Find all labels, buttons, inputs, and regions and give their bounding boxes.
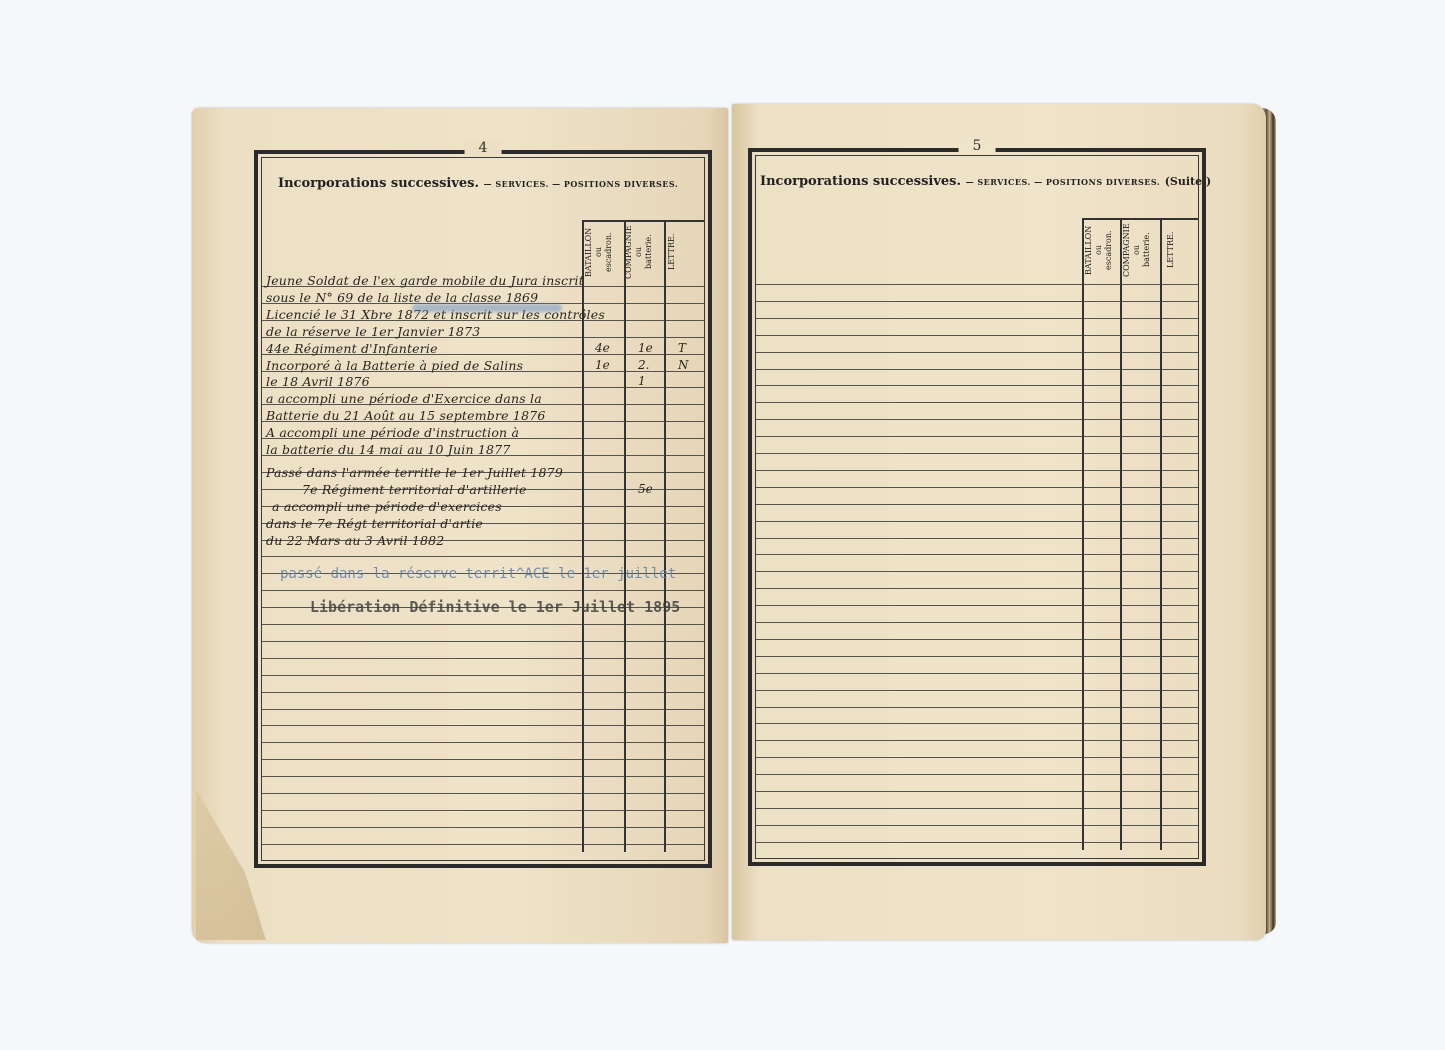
row-rule	[756, 774, 1198, 775]
row-rule	[756, 402, 1198, 403]
row-rule	[756, 639, 1198, 640]
stamp-liberation-definitive: Libération Définitive le 1er Juillet 189…	[310, 598, 680, 616]
row-rule	[756, 385, 1198, 386]
cell-compagnie: 2.	[638, 358, 649, 372]
cell-bataillon: 4e	[595, 341, 610, 355]
suite-label: (Suite.)	[1165, 175, 1211, 188]
entry-text: Passé dans l'armée territle le 1er Juill…	[266, 465, 563, 480]
row-rule	[756, 791, 1198, 792]
row-rule	[262, 793, 704, 794]
entry-text: Incorporé à la Batterie à pied de Salins	[266, 358, 523, 373]
row-rule	[756, 284, 1198, 285]
row-rule	[756, 369, 1198, 370]
row-rule	[262, 759, 704, 760]
row-rule	[262, 776, 704, 777]
row-rule	[756, 352, 1198, 353]
column-rule	[664, 220, 666, 852]
entry-text: sous le N° 69 de la liste de la classe 1…	[266, 290, 538, 305]
entry-text: Jeune Soldat de l'ex garde mobile du Jur…	[266, 273, 584, 288]
entry-text: la batterie du 14 mai au 10 Juin 1877	[266, 442, 511, 457]
blue-pencil-mark	[412, 304, 562, 312]
cell-lettre: N	[678, 358, 689, 372]
entry-text: a accompli une période d'exercices	[272, 499, 502, 514]
cell-lettre: T	[678, 341, 686, 355]
col-header-compagnie: COMPAGNIEoubatterie.	[1122, 222, 1158, 278]
cell-compagnie: 5e	[638, 482, 653, 496]
entry-text: 44e Régiment d'Infanterie	[266, 341, 438, 356]
row-rule	[756, 825, 1198, 826]
row-rule	[756, 588, 1198, 589]
page-number: 5	[959, 138, 996, 154]
column-rule	[1160, 218, 1162, 850]
row-rule	[756, 521, 1198, 522]
row-rule	[262, 709, 704, 710]
page-title: Incorporations successives. — SERVICES. …	[278, 176, 678, 191]
entry-text: dans le 7e Régt territorial d'artie	[266, 516, 483, 531]
col-header-bataillon: BATAILLONouescadron.	[584, 224, 620, 280]
row-rule	[756, 842, 1198, 843]
cell-compagnie: 1e	[638, 341, 653, 355]
row-rule	[756, 504, 1198, 505]
row-rule	[756, 554, 1198, 555]
row-rule	[756, 723, 1198, 724]
entry-text: de la réserve le 1er Janvier 1873	[266, 324, 480, 339]
row-rule	[756, 419, 1198, 420]
stamp-reserve-territoriale: passé dans la réserve territ^ACE le 1er …	[280, 566, 676, 582]
row-rule	[756, 538, 1198, 539]
col-header-compagnie: COMPAGNIEoubatterie.	[624, 224, 660, 280]
entry-text: a accompli une période d'Exercice dans l…	[266, 391, 542, 406]
service-table: BATAILLONouescadron. COMPAGNIEoubatterie…	[262, 220, 704, 860]
cell-bataillon: 1e	[595, 358, 610, 372]
cell-compagnie: 1	[638, 374, 646, 388]
row-rule	[756, 605, 1198, 606]
row-rule	[756, 808, 1198, 809]
entry-text: le 18 Avril 1876	[266, 374, 370, 389]
row-rule	[756, 571, 1198, 572]
row-rule	[262, 641, 704, 642]
row-rule	[262, 556, 704, 557]
entry-text: du 22 Mars au 3 Avril 1882	[266, 533, 444, 548]
col-header-lettre: LETTRE.	[667, 224, 697, 280]
row-rule	[756, 656, 1198, 657]
row-rule	[756, 740, 1198, 741]
row-rule	[262, 658, 704, 659]
row-rule	[756, 318, 1198, 319]
entry-text: 7e Régiment territorial d'artillerie	[302, 482, 527, 497]
page-title: Incorporations successives. — SERVICES. …	[760, 174, 1211, 189]
left-page-frame: 4 Incorporations successives. — SERVICES…	[254, 150, 712, 868]
row-rule	[262, 624, 704, 625]
row-rule	[262, 742, 704, 743]
row-rule	[756, 487, 1198, 488]
row-rule	[756, 470, 1198, 471]
row-rule	[262, 810, 704, 811]
row-rule	[756, 757, 1198, 758]
entry-text: Batterie du 21 Août au 15 septembre 1876	[266, 408, 546, 423]
header-rule	[1082, 218, 1198, 220]
row-rule	[756, 673, 1198, 674]
row-rule	[756, 436, 1198, 437]
header-rule	[582, 220, 704, 222]
row-rule	[756, 707, 1198, 708]
right-page-frame: 5 Incorporations successives. — SERVICES…	[748, 148, 1206, 866]
row-rule	[756, 335, 1198, 336]
right-page: 5 Incorporations successives. — SERVICES…	[732, 104, 1266, 940]
column-rule	[1120, 218, 1122, 850]
row-rule	[262, 844, 704, 845]
row-rule	[262, 675, 704, 676]
row-rule	[262, 725, 704, 726]
row-rule	[756, 690, 1198, 691]
row-rule	[756, 301, 1198, 302]
row-rule	[262, 692, 704, 693]
col-header-bataillon: BATAILLONouescadron.	[1084, 222, 1120, 278]
page-subtitle: — SERVICES. — POSITIONS DIVERSES.	[484, 179, 679, 189]
row-rule	[756, 453, 1198, 454]
entry-text: A accompli une période d'instruction à	[266, 425, 519, 440]
row-rule	[262, 590, 704, 591]
column-rule	[1082, 218, 1084, 850]
left-page: 4 Incorporations successives. — SERVICES…	[192, 108, 728, 943]
service-table: BATAILLONouescadron. COMPAGNIEoubatterie…	[756, 218, 1198, 858]
row-rule	[756, 622, 1198, 623]
page-number: 4	[465, 140, 502, 156]
col-header-lettre: LETTRE.	[1166, 222, 1196, 278]
page-subtitle: — SERVICES. — POSITIONS DIVERSES.	[966, 177, 1161, 187]
row-rule	[262, 827, 704, 828]
column-rule	[624, 220, 626, 852]
